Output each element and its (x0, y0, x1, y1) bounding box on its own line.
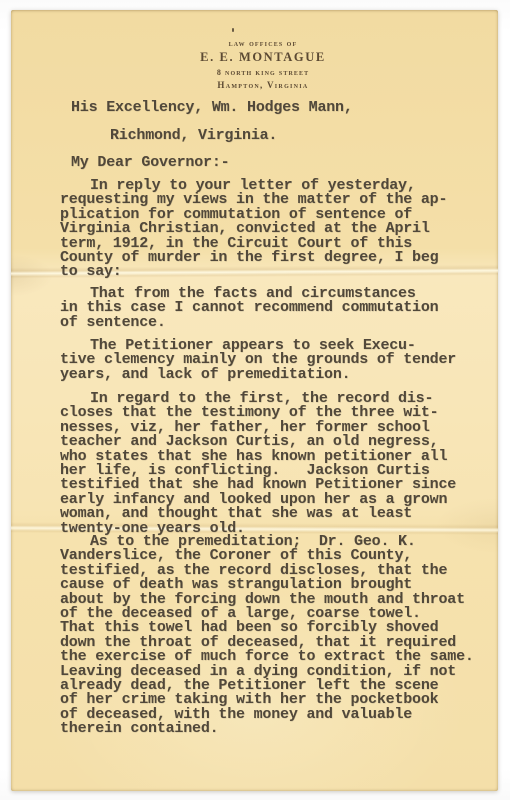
ink-speck (232, 28, 234, 32)
letter-paragraph-5: As to the premeditation; Dr. Geo. K. Van… (60, 535, 474, 737)
recipient-name-line: His Excellency, Wm. Hodges Mann, (71, 101, 353, 115)
salutation: My Dear Governor:- (71, 156, 229, 170)
letter-page: Law Offices of E. E. MONTAGUE 8 North Ki… (11, 10, 498, 791)
letterhead: Law Offices of E. E. MONTAGUE 8 North Ki… (158, 39, 368, 91)
scan-background: Law Offices of E. E. MONTAGUE 8 North Ki… (0, 0, 510, 800)
letterhead-name: E. E. MONTAGUE (158, 50, 368, 65)
letter-paragraph-4: In regard to the first, the record dis- … (60, 392, 456, 536)
letter-paragraph-3: The Petitioner appears to seek Execu- ti… (60, 339, 456, 382)
letterhead-street: 8 North King Street (158, 68, 368, 78)
recipient-city-line: Richmond, Virginia. (110, 129, 277, 143)
letter-paragraph-1: In reply to your letter of yesterday, re… (60, 179, 447, 280)
letter-paragraph-2: That from the facts and circumstances in… (60, 287, 438, 330)
letterhead-office-line: Law Offices of (158, 39, 368, 49)
letterhead-city: Hampton, Virginia (158, 80, 368, 91)
